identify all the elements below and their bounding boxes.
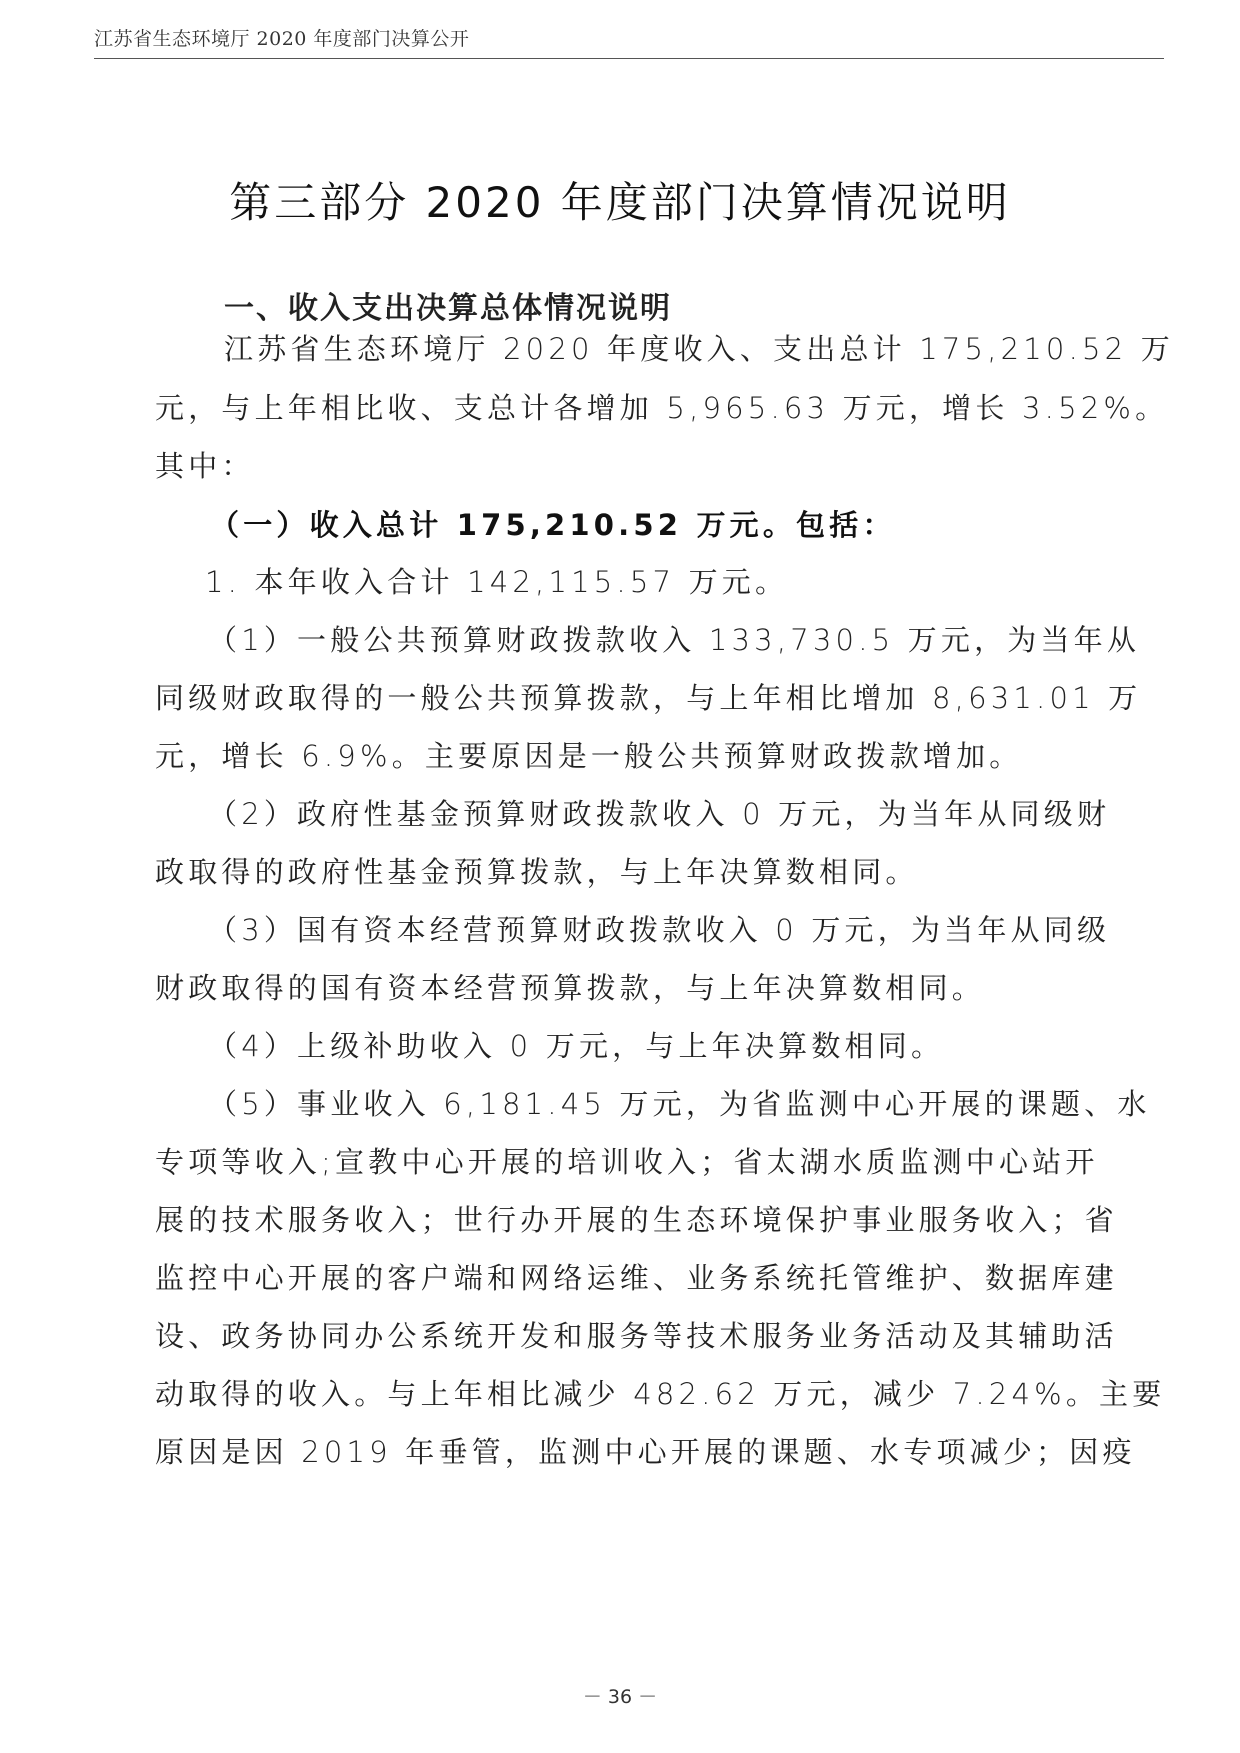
page-number: － 36 － xyxy=(0,1682,1240,1709)
paragraph-line: （1）一般公共预算财政拨款收入 133,730.5 万元，为当年从 xyxy=(208,618,1168,659)
paragraph-line: 其中： xyxy=(155,444,1115,485)
running-header: 江苏省生态环境厅 2020 年度部门决算公开 xyxy=(94,24,469,51)
subsection-heading: （一）收入总计 175,210.52 万元。包括： xyxy=(210,503,1170,544)
paragraph-line: 江苏省生态环境厅 2020 年度收入、支出总计 175,210.52 万 xyxy=(224,327,1184,368)
paragraph-line: 1. 本年收入合计 142,115.57 万元。 xyxy=(205,560,1165,601)
paragraph-line: 动取得的收入。与上年相比减少 482.62 万元，减少 7.24%。主要 xyxy=(155,1372,1115,1413)
paragraph-line: 元，增长 6.9%。主要原因是一般公共预算财政拨款增加。 xyxy=(155,734,1115,775)
paragraph-line: 财政取得的国有资本经营预算拨款，与上年决算数相同。 xyxy=(155,966,1115,1007)
paragraph-line: （5）事业收入 6,181.45 万元，为省监测中心开展的课题、水 xyxy=(208,1082,1168,1123)
paragraph-line: 同级财政取得的一般公共预算拨款，与上年相比增加 8,631.01 万 xyxy=(155,676,1115,717)
paragraph-line: （4）上级补助收入 0 万元，与上年决算数相同。 xyxy=(208,1024,1168,1065)
paragraph-line: 监控中心开展的客户端和网络运维、业务系统托管维护、数据库建 xyxy=(155,1256,1115,1297)
paragraph-line: 政取得的政府性基金预算拨款，与上年决算数相同。 xyxy=(155,850,1115,891)
paragraph-line: （3）国有资本经营预算财政拨款收入 0 万元，为当年从同级 xyxy=(208,908,1168,949)
paragraph-line: 展的技术服务收入；世行办开展的生态环境保护事业服务收入；省 xyxy=(155,1198,1115,1239)
page-title: 第三部分 2020 年度部门决算情况说明 xyxy=(0,170,1240,230)
paragraph-line: 元，与上年相比收、支总计各增加 5,965.63 万元，增长 3.52%。 xyxy=(155,386,1115,427)
paragraph-line: 设、政务协同办公系统开发和服务等技术服务业务活动及其辅助活 xyxy=(155,1314,1115,1355)
paragraph-line: 原因是因 2019 年垂管，监测中心开展的课题、水专项减少；因疫 xyxy=(155,1430,1115,1471)
paragraph-line: 专项等收入;宣教中心开展的培训收入；省太湖水质监测中心站开 xyxy=(155,1140,1115,1181)
section-heading: 一、收入支出决算总体情况说明 xyxy=(224,283,1184,327)
paragraph-line: （2）政府性基金预算财政拨款收入 0 万元，为当年从同级财 xyxy=(208,792,1168,833)
header-divider xyxy=(94,58,1164,59)
